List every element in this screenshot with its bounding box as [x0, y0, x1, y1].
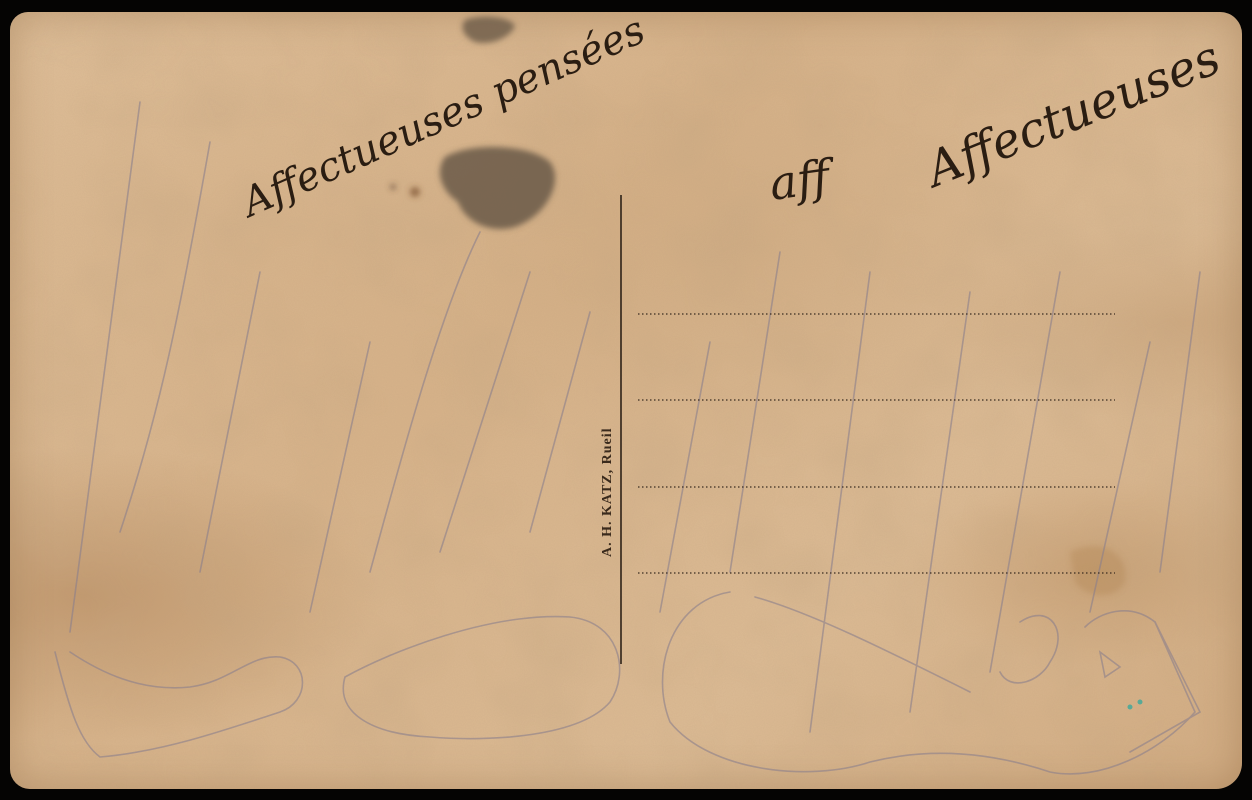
publisher-imprint: A. H. KATZ, Rueil	[600, 297, 620, 557]
ink-handwriting: Affectueuses pensées aff Affectueuses	[10, 12, 1242, 789]
handwriting-right-prefix: aff	[766, 148, 840, 211]
handwriting-left: Affectueuses pensées	[232, 12, 652, 228]
handwriting-right: Affectueuses	[915, 30, 1228, 200]
postcard-back: Affectueuses pensées aff Affectueuses A.…	[10, 12, 1242, 789]
